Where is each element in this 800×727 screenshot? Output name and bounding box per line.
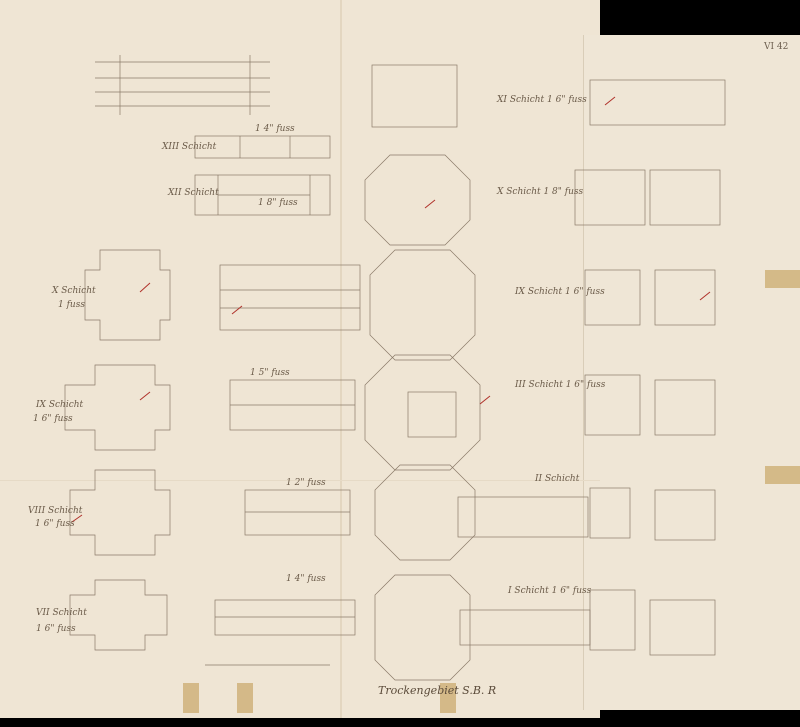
course-label: X Schicht 1 8" fuss bbox=[497, 187, 583, 197]
course-label: IX Schicht 1 6" fuss bbox=[515, 287, 605, 297]
sheet-number: VI 42 bbox=[764, 42, 788, 52]
dimension-label: 1 fuss bbox=[58, 300, 85, 310]
course-label: VIII Schicht bbox=[28, 506, 82, 516]
course-label: X Schicht bbox=[52, 286, 96, 296]
dimension-label: 1 4" fuss bbox=[286, 574, 326, 584]
dimension-label: 1 6" fuss bbox=[36, 624, 76, 634]
dimension-label: 1 5" fuss bbox=[250, 368, 290, 378]
dimension-label: 1 6" fuss bbox=[35, 519, 75, 529]
course-label: XIII Schicht bbox=[162, 142, 216, 152]
course-label: III Schicht 1 6" fuss bbox=[515, 380, 605, 390]
course-label: I Schicht 1 6" fuss bbox=[508, 586, 591, 596]
course-label: VII Schicht bbox=[36, 608, 87, 618]
dimension-label: 1 8" fuss bbox=[258, 198, 298, 208]
course-elevation bbox=[95, 55, 270, 115]
plan-drawings bbox=[0, 0, 800, 727]
dimension-label: 1 2" fuss bbox=[286, 478, 326, 488]
course-label: XI Schicht 1 6" fuss bbox=[497, 95, 587, 105]
course-label: IX Schicht bbox=[36, 400, 83, 410]
sheet-caption: Trockengebiet S.B. R bbox=[378, 684, 496, 697]
course-label: II Schicht bbox=[535, 474, 579, 484]
dimension-label: 1 4" fuss bbox=[255, 124, 295, 134]
course-label: XII Schicht bbox=[168, 188, 219, 198]
dimension-label: 1 6" fuss bbox=[33, 414, 73, 424]
